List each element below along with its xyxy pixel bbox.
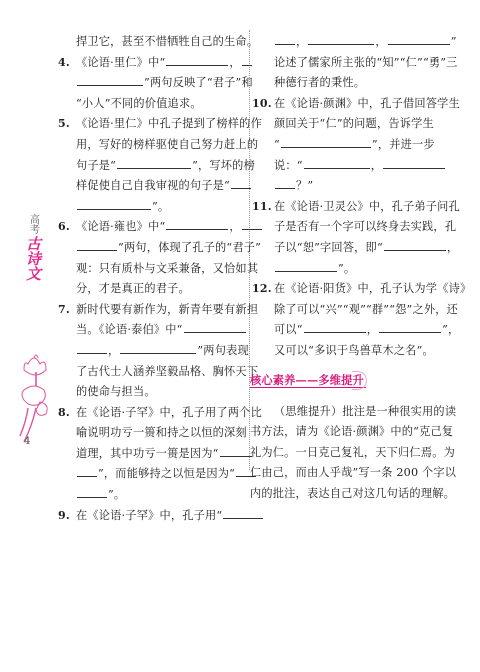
question-8: 8. 在《论语·子罕》中，孔子用了两个比 喻说明功亏一篑和持之以恒的深刻 道理，…	[58, 403, 242, 506]
answer-blank[interactable]	[166, 217, 228, 230]
answer-blank[interactable]	[117, 156, 191, 169]
answer-blank[interactable]	[120, 341, 196, 354]
lead-line: 捍卫它，甚至不惜牺牲自己的生命。	[58, 32, 242, 53]
answer-blank[interactable]	[220, 444, 252, 457]
thinking-exercise-paragraph: （思维提升）批注是一种很实用的读 书方法，请为《论语·颜渊》中的“克己复 礼为仁…	[250, 402, 452, 505]
answer-blank[interactable]	[184, 320, 246, 333]
lotus-icon	[14, 350, 54, 450]
answer-blank[interactable]	[388, 32, 450, 45]
question-4: 4. 《论语·里仁》中“， ”两句反映了“君子”和 “小人”不同的价值追求。	[58, 53, 242, 115]
question-11: 11. 在《论语·卫灵公》中，孔子弟子问孔 子是否有一个字可以终身去实践，孔 子…	[256, 197, 452, 279]
workbook-page: 高考 古诗文 4 捍卫它，甚至不惜牺牲自己的生命。 4. 《论语·里仁》中“， …	[0, 0, 480, 672]
page-number: 4	[24, 436, 30, 447]
section-heading: 核心素养——多维提升	[250, 370, 452, 392]
side-label-big: 古诗文	[25, 236, 41, 281]
answer-blank[interactable]	[77, 197, 151, 210]
answer-blank[interactable]	[275, 32, 295, 45]
question-9: 9. 在《论语·子罕》中，孔子用“	[58, 506, 242, 527]
answer-blank[interactable]	[77, 73, 143, 86]
answer-blank[interactable]	[275, 176, 295, 189]
side-label: 高考 古诗文	[18, 214, 48, 281]
answer-blank[interactable]	[308, 32, 374, 45]
answer-blank[interactable]	[231, 176, 251, 189]
answer-blank[interactable]	[77, 485, 107, 498]
left-column: 捍卫它，甚至不惜牺牲自己的生命。 4. 《论语·里仁》中“， ”两句反映了“君子…	[58, 32, 242, 526]
answer-blank[interactable]	[77, 238, 117, 251]
answer-blank[interactable]	[223, 506, 263, 519]
answer-blank[interactable]	[281, 135, 371, 148]
answer-blank[interactable]	[77, 464, 97, 477]
answer-blank[interactable]	[242, 53, 252, 66]
answer-blank[interactable]	[304, 320, 366, 333]
answer-blank[interactable]	[379, 320, 441, 333]
answer-blank[interactable]	[275, 259, 337, 272]
side-label-small: 高考	[28, 214, 39, 234]
answer-blank[interactable]	[383, 156, 445, 169]
answer-blank[interactable]	[166, 53, 228, 66]
question-5: 5. 《论语·里仁》中孔子提到了榜样的作 用，写好的榜样驱使自己努力赶上的 句子…	[58, 114, 242, 217]
question-12: 12. 在《论语·阳货》中，孔子认为学《诗》 除了可以“兴”“观”“群”“怨”之…	[256, 279, 452, 361]
answer-blank[interactable]	[77, 341, 107, 354]
question-6: 6. 《论语·雍也》中“， ”两句，体现了孔子的“君子” 观：只有质朴与文采兼备…	[58, 217, 242, 299]
question-10: 10. 在《论语·颜渊》中，孔子借回答学生 颜回关于“仁”的问题，告诉学生 “”…	[256, 94, 452, 197]
answer-blank[interactable]	[304, 156, 370, 169]
answer-blank[interactable]	[384, 238, 446, 251]
right-column: ，，” 论述了儒家所主张的“知”“仁”“勇”三 种德行者的秉性。 10. 在《论…	[256, 32, 452, 504]
question-7: 7. 新时代要有新作为，新青年要有新担 当。《论语·泰伯》中“ ，”两句表现 了…	[58, 300, 242, 403]
question-9-continued: ，，” 论述了儒家所主张的“知”“仁”“勇”三 种德行者的秉性。	[256, 32, 452, 94]
